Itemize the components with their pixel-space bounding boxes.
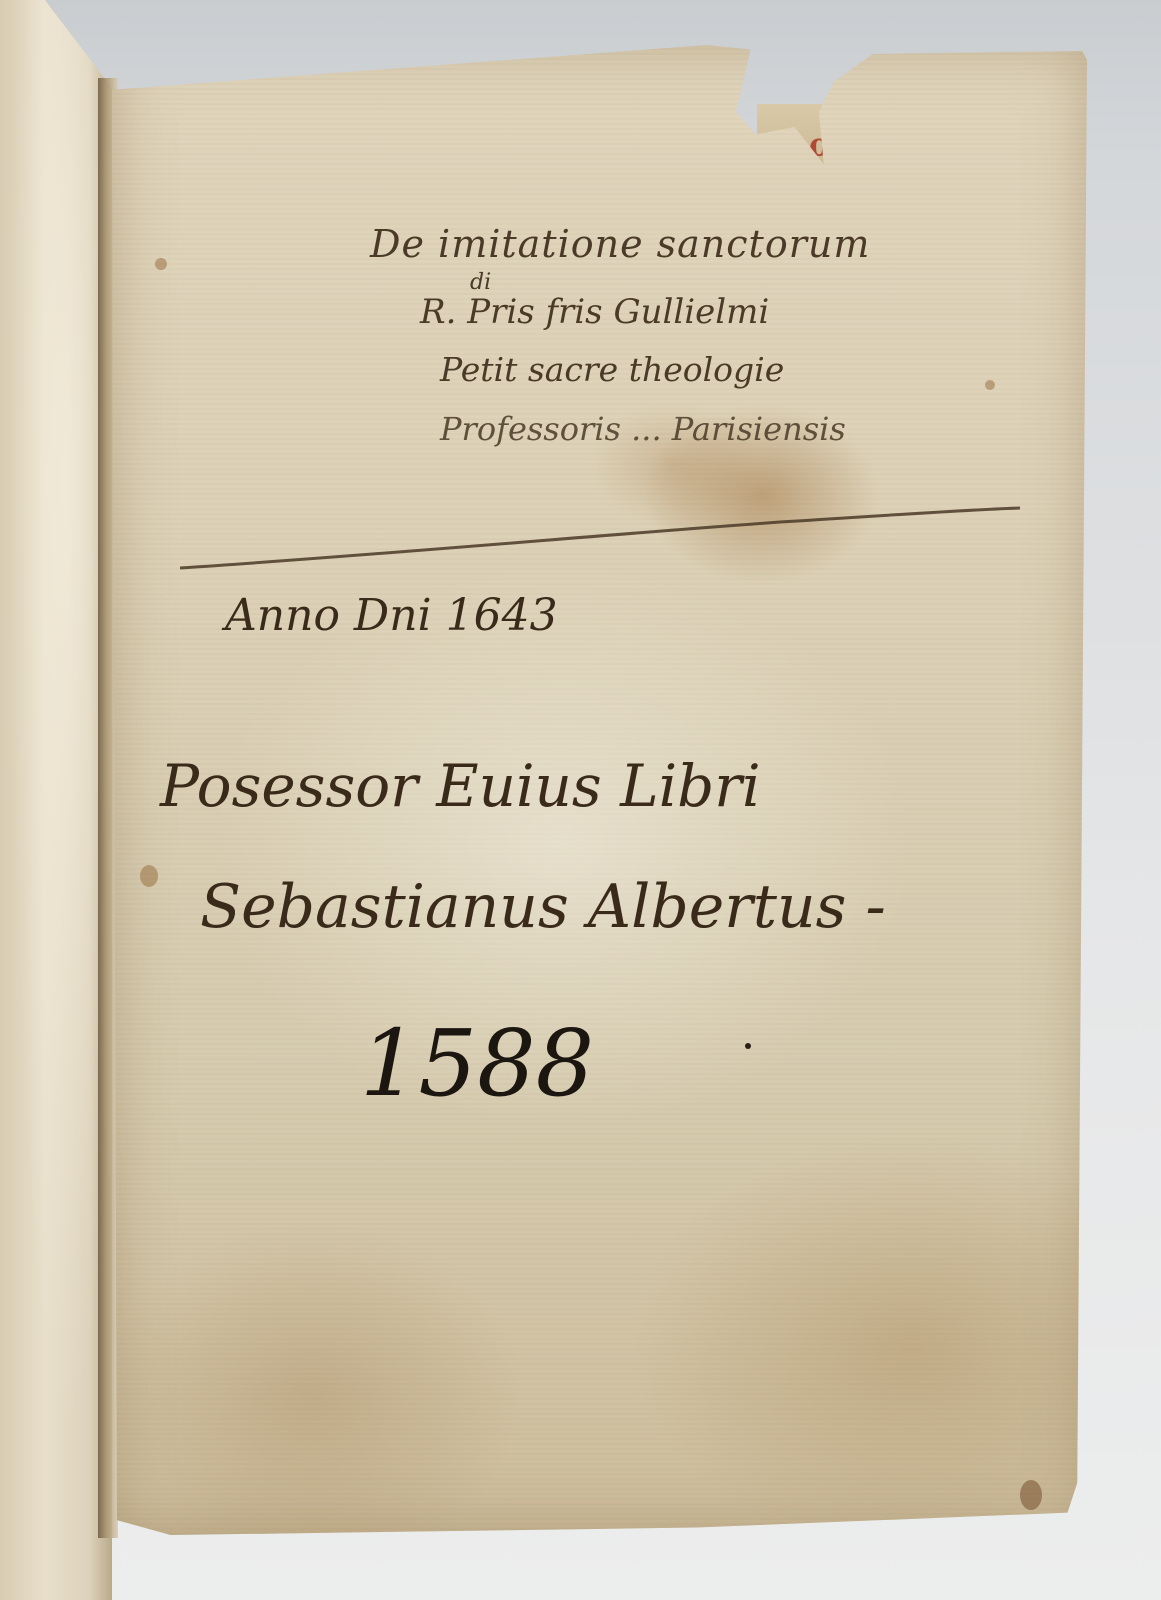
facing-page-edge [0,0,112,1600]
ink-divider-line [180,500,1020,580]
ink-dot [745,1043,751,1049]
inscription-author-line-2: Petit sacre theologie [440,350,784,389]
foxing-spot [985,380,995,390]
foxing-spot [1020,1480,1042,1510]
photo-scene: Thome De imitatione sanctorum di R. Pris… [0,0,1161,1600]
inscription-author-line-3: Professoris ... Parisiensis [440,410,846,448]
inscription-author-line: R. Pris fris Gullielmi [420,292,769,332]
inscription-year: 1588 [360,1010,594,1117]
inscription-possessor: Posessor Euius Libri [160,752,761,820]
foxing-spot [140,865,158,887]
foxing-spot [155,258,167,270]
inscription-date: Anno Dni 1643 [225,590,558,641]
inscription-owner-name: Sebastianus Albertus - [200,872,886,942]
inscription-title-line: De imitatione sanctorum [370,222,870,266]
